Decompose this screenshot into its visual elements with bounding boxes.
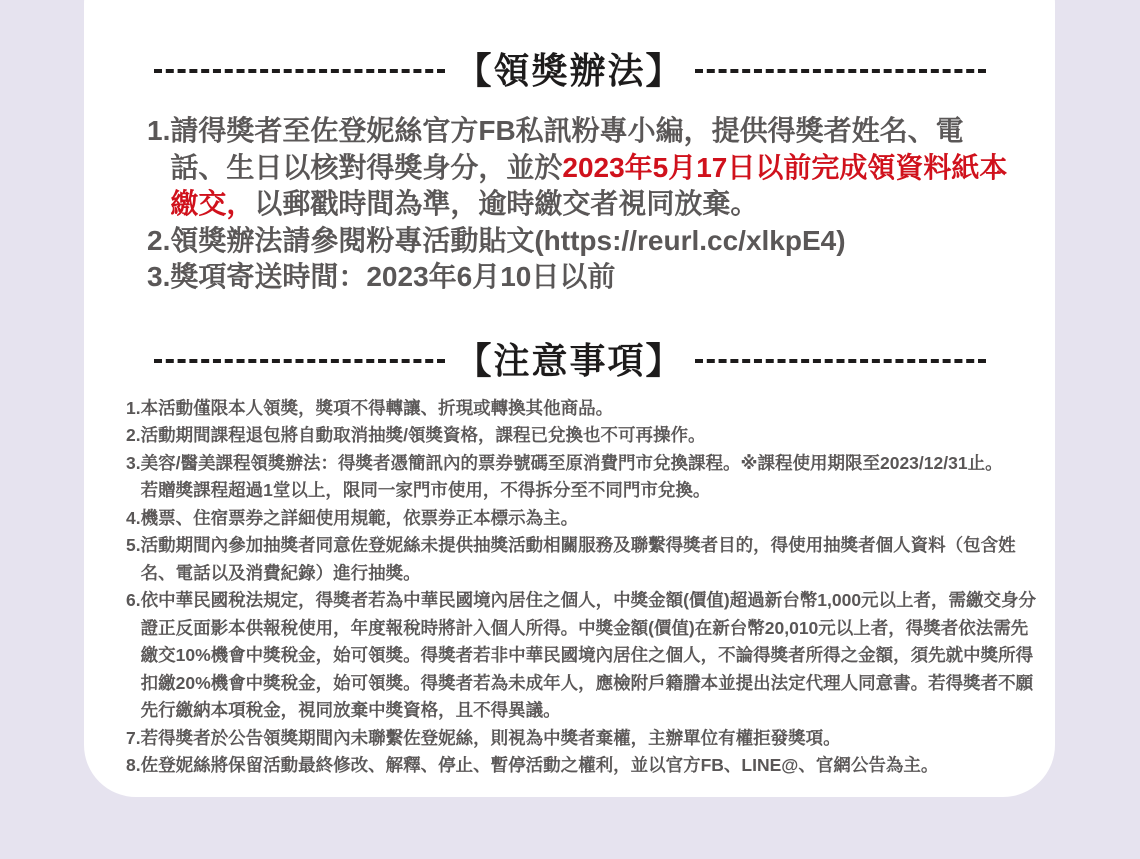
content-card: 【領獎辦法】 1. 請得獎者至佐登妮絲官方FB私訊粉專小編，提供得獎者姓名、電話… bbox=[84, 0, 1055, 797]
item-number: 5. bbox=[126, 532, 141, 587]
item-text: 本活動僅限本人領獎，獎項不得轉讓、折現或轉換其他商品。 bbox=[141, 395, 1040, 423]
item-number: 7. bbox=[126, 725, 141, 753]
list-item: 8. 佐登妮絲將保留活動最終修改、解釋、停止、暫停活動之權利，並以官方FB、LI… bbox=[126, 752, 1040, 780]
item-text: 美容/醫美課程領獎辦法：得獎者憑簡訊內的票券號碼至原消費門市兌換課程。※課程使用… bbox=[141, 450, 1040, 505]
item-text-post: 以郵戳時間為準，逾時繳交者視同放棄。 bbox=[254, 188, 758, 219]
item-text: 活動期間課程退包將自動取消抽獎/領獎資格，課程已兌換也不可再操作。 bbox=[141, 422, 1040, 450]
item-number: 2. bbox=[126, 422, 141, 450]
item-number: 3. bbox=[147, 259, 170, 295]
flyer-page: { "colors": { "background": "#e6e3ef", "… bbox=[0, 0, 1140, 859]
list-item: 2. 活動期間課程退包將自動取消抽獎/領獎資格，課程已兌換也不可再操作。 bbox=[126, 422, 1040, 450]
claim-section-title: 【領獎辦法】 bbox=[456, 50, 684, 91]
item-text: 活動期間內參加抽獎者同意佐登妮絲未提供抽獎活動相關服務及聯繫得獎者目的，得使用抽… bbox=[141, 532, 1040, 587]
list-item: 6. 依中華民國稅法規定，得獎者若為中華民國境內居住之個人，中獎金額(價值)超過… bbox=[126, 587, 1040, 725]
item-number: 6. bbox=[126, 587, 141, 725]
item-text-line1: 美容/醫美課程領獎辦法：得獎者憑簡訊內的票券號碼至原消費門市兌換課程。※課程使用… bbox=[141, 450, 1040, 478]
item-text: 獎項寄送時間：2023年6月10日以前 bbox=[170, 259, 1015, 295]
item-text: 請得獎者至佐登妮絲官方FB私訊粉專小編，提供得獎者姓名、電話、生日以核對得獎身分… bbox=[170, 113, 1015, 222]
notes-section-title: 【注意事項】 bbox=[456, 340, 684, 381]
list-item: 5. 活動期間內參加抽獎者同意佐登妮絲未提供抽獎活動相關服務及聯繫得獎者目的，得… bbox=[126, 532, 1040, 587]
item-text: 若得獎者於公告領獎期間內未聯繫佐登妮絲，則視為中獎者棄權，主辦單位有權拒發獎項。 bbox=[141, 725, 1040, 753]
list-item: 1. 本活動僅限本人領獎，獎項不得轉讓、折現或轉換其他商品。 bbox=[126, 395, 1040, 423]
item-number: 2. bbox=[147, 223, 170, 259]
item-text: 佐登妮絲將保留活動最終修改、解釋、停止、暫停活動之權利，並以官方FB、LINE@… bbox=[141, 752, 1040, 780]
left-dash-divider bbox=[154, 359, 445, 363]
item-text: 領獎辦法請參閱粉專活動貼文(https://reurl.cc/xlkpE4) bbox=[170, 223, 1015, 259]
right-dash-divider bbox=[695, 359, 986, 363]
item-number: 1. bbox=[126, 395, 141, 423]
list-item: 7. 若得獎者於公告領獎期間內未聯繫佐登妮絲，則視為中獎者棄權，主辦單位有權拒發… bbox=[126, 725, 1040, 753]
list-item: 3. 獎項寄送時間：2023年6月10日以前 bbox=[147, 259, 1015, 295]
list-item: 2. 領獎辦法請參閱粉專活動貼文(https://reurl.cc/xlkpE4… bbox=[147, 223, 1015, 259]
right-dash-divider bbox=[695, 69, 986, 73]
item-text: 依中華民國稅法規定，得獎者若為中華民國境內居住之個人，中獎金額(價值)超過新台幣… bbox=[141, 587, 1040, 725]
list-item: 3. 美容/醫美課程領獎辦法：得獎者憑簡訊內的票券號碼至原消費門市兌換課程。※課… bbox=[126, 450, 1040, 505]
notes-section-title-row: 【注意事項】 bbox=[154, 340, 986, 381]
item-number: 4. bbox=[126, 505, 141, 533]
claim-section-title-row: 【領獎辦法】 bbox=[154, 50, 986, 91]
item-text: 機票、住宿票券之詳細使用規範，依票券正本標示為主。 bbox=[141, 505, 1040, 533]
item-text-line2: 若贈獎課程超過1堂以上，限同一家門市使用，不得拆分至不同門市兌換。 bbox=[141, 477, 1040, 505]
item-number: 3. bbox=[126, 450, 141, 505]
notes-list: 1. 本活動僅限本人領獎，獎項不得轉讓、折現或轉換其他商品。 2. 活動期間課程… bbox=[84, 395, 1055, 780]
list-item: 1. 請得獎者至佐登妮絲官方FB私訊粉專小編，提供得獎者姓名、電話、生日以核對得… bbox=[147, 113, 1015, 222]
claim-method-list: 1. 請得獎者至佐登妮絲官方FB私訊粉專小編，提供得獎者姓名、電話、生日以核對得… bbox=[84, 113, 1055, 295]
list-item: 4. 機票、住宿票券之詳細使用規範，依票券正本標示為主。 bbox=[126, 505, 1040, 533]
item-number: 8. bbox=[126, 752, 141, 780]
left-dash-divider bbox=[154, 69, 445, 73]
item-number: 1. bbox=[147, 113, 170, 222]
